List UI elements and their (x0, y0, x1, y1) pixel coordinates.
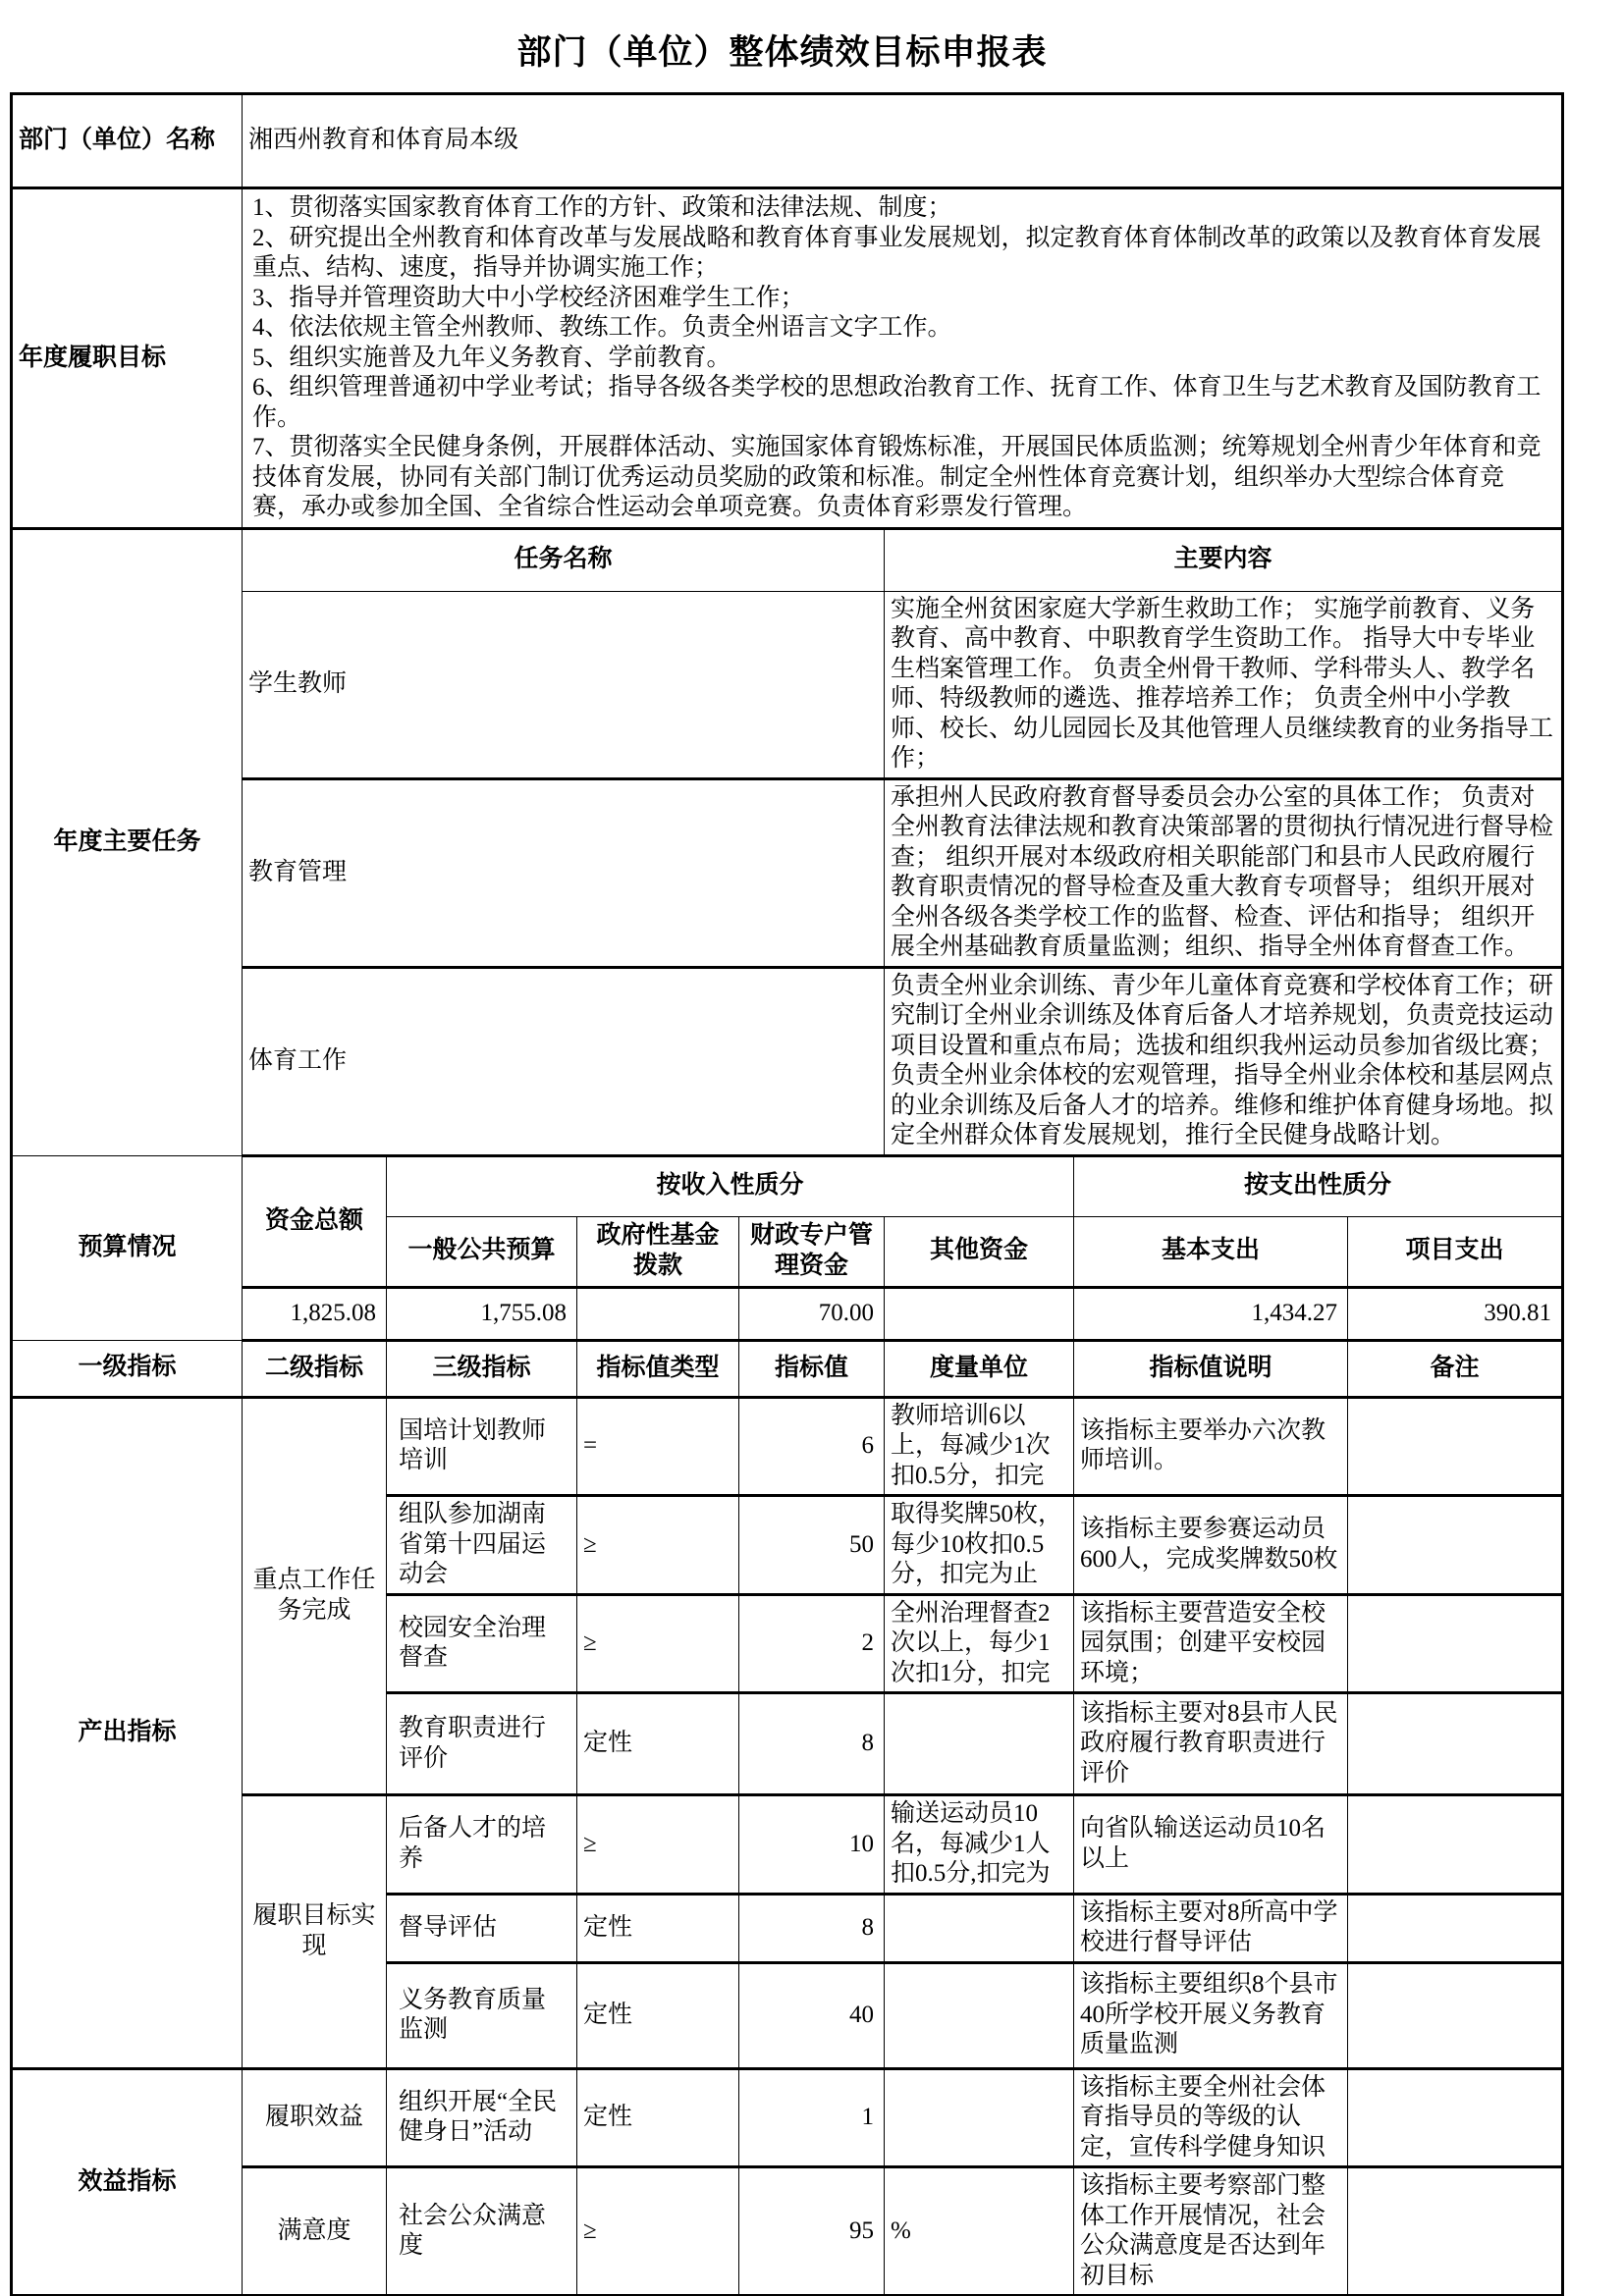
indicator-name: 校园安全治理督查 (387, 1594, 577, 1693)
indicator-value: 8 (739, 1894, 885, 1962)
indicator-value: 2 (739, 1594, 885, 1693)
indicator-value: 8 (739, 1693, 885, 1795)
indicator-name: 义务教育质量监测 (387, 1962, 577, 2068)
task-name: 学生教师 (243, 591, 885, 778)
indicator-value-type: 定性 (577, 2068, 739, 2167)
budget-value-gov-fund (577, 1287, 739, 1340)
budget-value-fiscal-special: 70.00 (739, 1287, 885, 1340)
indicator-unit (885, 1962, 1074, 2068)
indicator-value-type: 定性 (577, 1894, 739, 1962)
indicator-unit: 全州治理督查2次以上，每少1次扣1分，扣完 (885, 1594, 1074, 1693)
indicator-desc: 该指标主要组织8个县市40所学校开展义务教育质量监测 (1074, 1962, 1348, 2068)
level2-duty-goals: 履职目标实现 (243, 1795, 387, 2069)
task-content: 承担州人民政府教育督导委员会办公室的具体工作； 负责对全州教育法律法规和教育决策… (885, 778, 1563, 967)
th-note: 备注 (1348, 1340, 1563, 1397)
annual-goals-row: 年度履职目标 1、贯彻落实国家教育体育工作的方针、政策和法律法规、制度； 2、研… (12, 188, 1563, 529)
indicator-value-type: 定性 (577, 1962, 739, 2068)
annual-goals-label: 年度履职目标 (12, 188, 243, 529)
th-value-type: 指标值类型 (577, 1340, 739, 1397)
indicator-value: 50 (739, 1496, 885, 1595)
indicator-name: 组队参加湖南省第十四届运动会 (387, 1496, 577, 1595)
th-level3: 三级指标 (387, 1340, 577, 1397)
th-value: 指标值 (739, 1340, 885, 1397)
task-name: 体育工作 (243, 967, 885, 1155)
indicator-unit (885, 2068, 1074, 2167)
th-value-desc: 指标值说明 (1074, 1340, 1348, 1397)
indicator-note (1348, 1594, 1563, 1693)
indicator-value: 95 (739, 2167, 885, 2296)
indicator-name: 教育职责进行评价 (387, 1693, 577, 1795)
indicator-unit: 教师培训6以上，每减少1次扣0.5分，扣完 (885, 1397, 1074, 1496)
budget-total-header: 资金总额 (243, 1155, 387, 1287)
indicator-name: 后备人才的培养 (387, 1795, 577, 1895)
indicator-value-type: ≥ (577, 1496, 739, 1595)
budget-value-project: 390.81 (1348, 1287, 1563, 1340)
indicator-note (1348, 2167, 1563, 2296)
budget-value-total: 1,825.08 (243, 1287, 387, 1340)
indicator-name: 国培计划教师培训 (387, 1397, 577, 1496)
indicator-desc: 该指标主要举办六次教师培训。 (1074, 1397, 1348, 1496)
indicator-note (1348, 2068, 1563, 2167)
indicator-value: 6 (739, 1397, 885, 1496)
indicator-row: 满意度 社会公众满意度 ≥ 95 % 该指标主要考察部门整体工作开展情况，社会公… (12, 2167, 1563, 2296)
budget-values-row: 1,825.08 1,755.08 70.00 1,434.27 390.81 (12, 1287, 1563, 1340)
indicator-value-type: ≥ (577, 1594, 739, 1693)
th-level2: 二级指标 (243, 1340, 387, 1397)
dept-name-label: 部门（单位）名称 (12, 94, 243, 188)
indicator-unit (885, 1894, 1074, 1962)
indicator-name: 督导评估 (387, 1894, 577, 1962)
indicator-header-row: 一级指标 二级指标 三级指标 指标值类型 指标值 度量单位 指标值说明 备注 (12, 1340, 1563, 1397)
level2-satisfaction: 满意度 (243, 2167, 387, 2296)
th-level1: 一级指标 (12, 1340, 243, 1397)
indicator-desc: 向省队输送运动员10名以上 (1074, 1795, 1348, 1895)
indicator-value-type: 定性 (577, 1693, 739, 1795)
page-title: 部门（单位）整体绩效目标申报表 (0, 0, 1564, 92)
indicator-value: 1 (739, 2068, 885, 2167)
indicator-row: 效益指标 履职效益 组织开展“全民健身日”活动 定性 1 该指标主要全州社会体育… (12, 2068, 1563, 2167)
indicator-desc: 该指标主要全州社会体育指导员的等级的认定，宣传科学健身知识 (1074, 2068, 1348, 2167)
task-row: 教育管理 承担州人民政府教育督导委员会办公室的具体工作； 负责对全州教育法律法规… (12, 778, 1563, 967)
budget-col-other: 其他资金 (885, 1216, 1074, 1287)
th-unit: 度量单位 (885, 1340, 1074, 1397)
budget-value-basic: 1,434.27 (1074, 1287, 1348, 1340)
budget-value-other (885, 1287, 1074, 1340)
indicator-name: 组织开展“全民健身日”活动 (387, 2068, 577, 2167)
indicator-unit: 输送运动员10名，每减少1人扣0.5分,扣完为 (885, 1795, 1074, 1895)
level2-duty-benefit: 履职效益 (243, 2068, 387, 2167)
task-content: 负责全州业余训练、青少年儿童体育竞赛和学校体育工作；研究制订全州业余训练及体育后… (885, 967, 1563, 1155)
indicator-desc: 该指标主要参赛运动员600人，完成奖牌数50枚 (1074, 1496, 1348, 1595)
budget-expense-group-header: 按支出性质分 (1074, 1155, 1563, 1216)
indicator-row: 产出指标 重点工作任务完成 国培计划教师培训 = 6 教师培训6以上，每减少1次… (12, 1397, 1563, 1496)
indicator-value: 40 (739, 1962, 885, 2068)
dept-name-row: 部门（单位）名称 湘西州教育和体育局本级 (12, 94, 1563, 188)
task-content: 实施全州贫困家庭大学新生救助工作； 实施学前教育、义务教育、高中教育、中职教育学… (885, 591, 1563, 778)
task-row: 体育工作 负责全州业余训练、青少年儿童体育竞赛和学校体育工作；研究制订全州业余训… (12, 967, 1563, 1155)
budget-col-gov-fund: 政府性基金拨款 (577, 1216, 739, 1287)
indicator-row: 履职目标实现 后备人才的培养 ≥ 10 输送运动员10名，每减少1人扣0.5分,… (12, 1795, 1563, 1895)
indicator-value-type: ≥ (577, 2167, 739, 2296)
annual-tasks-label: 年度主要任务 (12, 528, 243, 1155)
task-row: 学生教师 实施全州贫困家庭大学新生救助工作； 实施学前教育、义务教育、高中教育、… (12, 591, 1563, 778)
task-content-header: 主要内容 (885, 528, 1563, 591)
indicator-desc: 该指标主要营造安全校园氛围；创建平安校园环境； (1074, 1594, 1348, 1693)
budget-col-fiscal-special: 财政专户管理资金 (739, 1216, 885, 1287)
performance-target-form: 部门（单位）名称 湘西州教育和体育局本级 年度履职目标 1、贯彻落实国家教育体育… (10, 92, 1564, 2296)
indicator-note (1348, 1894, 1563, 1962)
level1-output-indicators: 产出指标 (12, 1397, 243, 2068)
budget-value-general: 1,755.08 (387, 1287, 577, 1340)
indicator-desc: 该指标主要对8县市人民政府履行教育职责进行评价 (1074, 1693, 1348, 1795)
indicator-value: 10 (739, 1795, 885, 1895)
indicator-unit: 取得奖牌50枚，每少10枚扣0.5分，扣完为止 (885, 1496, 1074, 1595)
indicator-unit (885, 1693, 1074, 1795)
indicator-note (1348, 1795, 1563, 1895)
indicator-desc: 该指标主要对8所高中学校进行督导评估 (1074, 1894, 1348, 1962)
budget-label: 预算情况 (12, 1155, 243, 1340)
indicator-value-type: ≥ (577, 1795, 739, 1895)
budget-col-basic: 基本支出 (1074, 1216, 1348, 1287)
indicator-note (1348, 1496, 1563, 1595)
budget-income-group-header: 按收入性质分 (387, 1155, 1074, 1216)
level2-key-tasks: 重点工作任务完成 (243, 1397, 387, 1795)
task-name-header: 任务名称 (243, 528, 885, 591)
budget-group-header-row: 预算情况 资金总额 按收入性质分 按支出性质分 (12, 1155, 1563, 1216)
task-header-row: 年度主要任务 任务名称 主要内容 (12, 528, 1563, 591)
level1-benefit-indicators: 效益指标 (12, 2068, 243, 2296)
dept-name-value: 湘西州教育和体育局本级 (243, 94, 1563, 188)
indicator-value-type: = (577, 1397, 739, 1496)
task-name: 教育管理 (243, 778, 885, 967)
indicator-note (1348, 1693, 1563, 1795)
indicator-desc: 该指标主要考察部门整体工作开展情况，社会公众满意度是否达到年初目标 (1074, 2167, 1348, 2296)
indicator-note (1348, 1397, 1563, 1496)
budget-col-project: 项目支出 (1348, 1216, 1563, 1287)
indicator-name: 社会公众满意度 (387, 2167, 577, 2296)
budget-col-general: 一般公共预算 (387, 1216, 577, 1287)
indicator-unit: % (885, 2167, 1074, 2296)
annual-goals-text: 1、贯彻落实国家教育体育工作的方针、政策和法律法规、制度； 2、研究提出全州教育… (243, 188, 1563, 529)
indicator-note (1348, 1962, 1563, 2068)
